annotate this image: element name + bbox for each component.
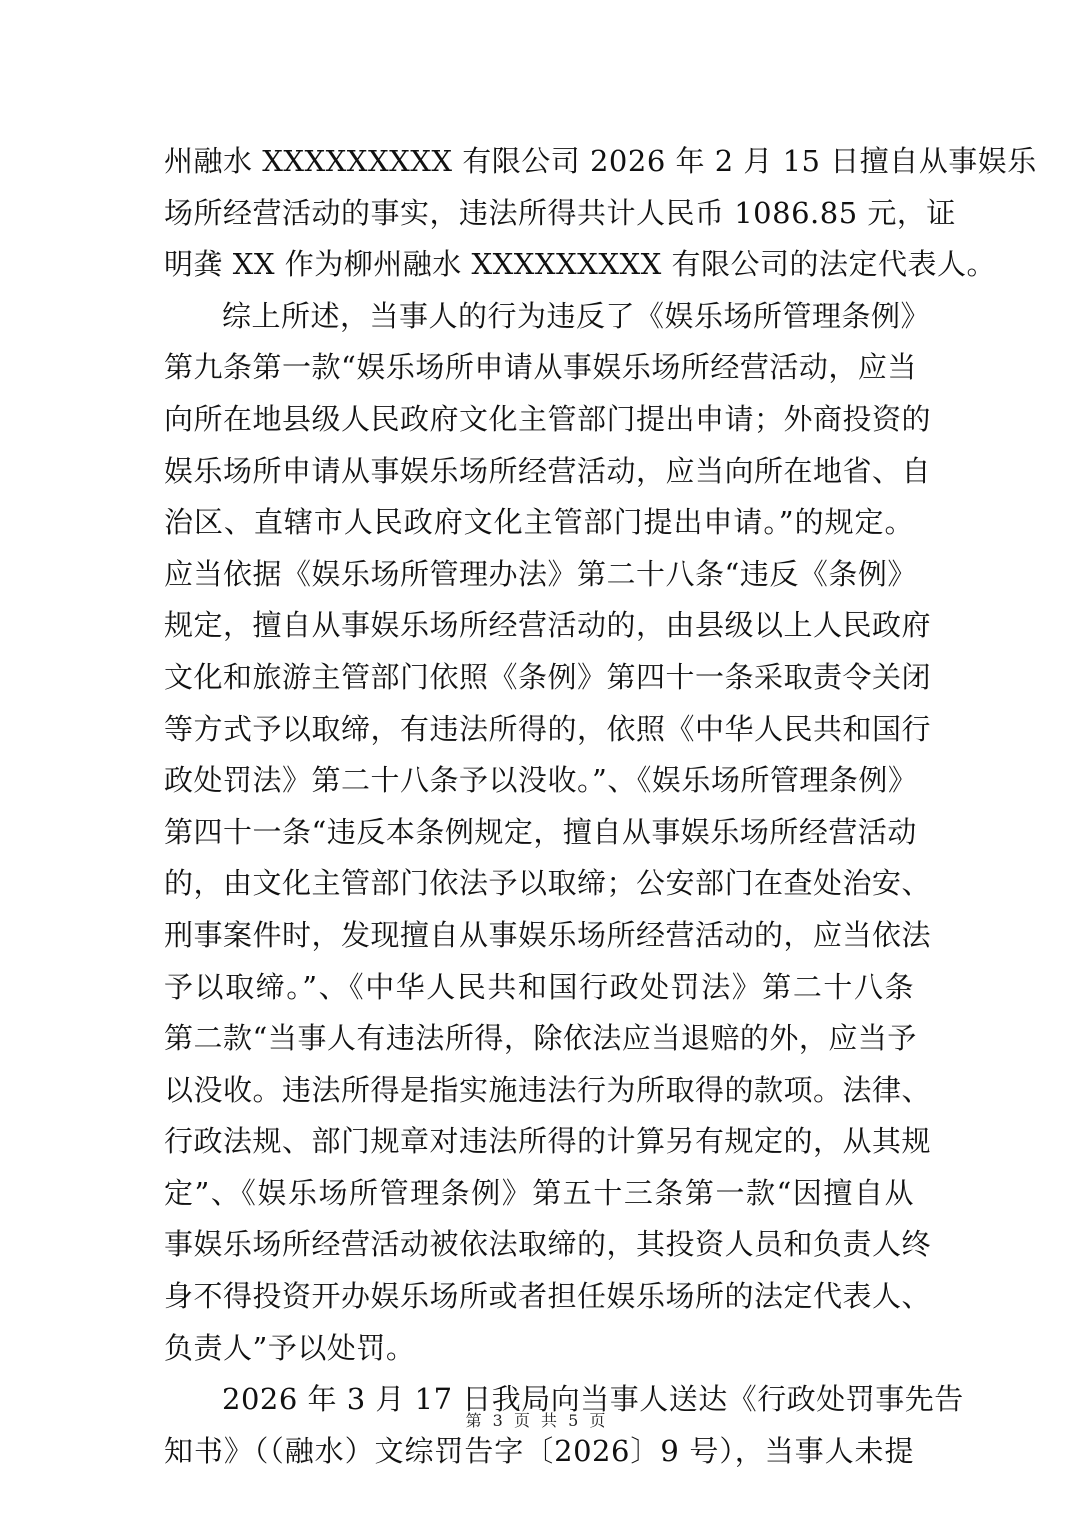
text-line: 第九条第一款“娱乐场所申请从事娱乐场所经营活动，应当 [164,342,914,394]
text-line: 文化和旅游主管部门依照《条例》第四十一条采取责令关闭 [164,652,914,704]
text-line: 场所经营活动的事实，违法所得共计人民币 1086.85 元，证 [164,188,914,240]
document-body: 州融水 XXXXXXXXX 有限公司 2026 年 2 月 15 日擅自从事娱乐… [164,136,914,1477]
text-line: 定”、《娱乐场所管理条例》第五十三条第一款“因擅自从 [164,1168,914,1220]
text-line: 规定，擅自从事娱乐场所经营活动的，由县级以上人民政府 [164,600,914,652]
text-line: 行政法规、部门规章对违法所得的计算另有规定的，从其规 [164,1116,914,1168]
page-number-footer: 第 3 页 共 5 页 [0,1408,1074,1431]
text-line: 予以取缔。”、《中华人民共和国行政处罚法》第二十八条 [164,962,914,1014]
text-line: 综上所述，当事人的行为违反了《娱乐场所管理条例》 [164,291,914,343]
text-line: 身不得投资开办娱乐场所或者担任娱乐场所的法定代表人、 [164,1271,914,1323]
text-line: 州融水 XXXXXXXXX 有限公司 2026 年 2 月 15 日擅自从事娱乐 [164,136,914,188]
text-line: 负责人”予以处罚。 [164,1323,914,1375]
text-line: 等方式予以取缔，有违法所得的，依照《中华人民共和国行 [164,704,914,756]
document-page: 州融水 XXXXXXXXX 有限公司 2026 年 2 月 15 日擅自从事娱乐… [0,0,1074,1520]
text-line: 的，由文化主管部门依法予以取缔；公安部门在查处治安、 [164,858,914,910]
text-line: 知书》（（融水）文综罚告字〔2026〕9 号），当事人未提 [164,1426,914,1478]
text-line: 第四十一条“违反本条例规定，擅自从事娱乐场所经营活动 [164,807,914,859]
text-line: 以没收。违法所得是指实施违法行为所取得的款项。法律、 [164,1065,914,1117]
text-line: 向所在地县级人民政府文化主管部门提出申请；外商投资的 [164,394,914,446]
text-line: 明龚 XX 作为柳州融水 XXXXXXXXX 有限公司的法定代表人。 [164,239,914,291]
text-line: 事娱乐场所经营活动被依法取缔的，其投资人员和负责人终 [164,1219,914,1271]
text-line: 治区、直辖市人民政府文化主管部门提出申请。”的规定。 [164,497,914,549]
text-line: 刑事案件时，发现擅自从事娱乐场所经营活动的，应当依法 [164,910,914,962]
text-line: 应当依据《娱乐场所管理办法》第二十八条“违反《条例》 [164,549,914,601]
text-line: 第二款“当事人有违法所得，除依法应当退赔的外，应当予 [164,1013,914,1065]
text-line: 娱乐场所申请从事娱乐场所经营活动，应当向所在地省、自 [164,446,914,498]
text-line: 政处罚法》第二十八条予以没收。”、《娱乐场所管理条例》 [164,755,914,807]
